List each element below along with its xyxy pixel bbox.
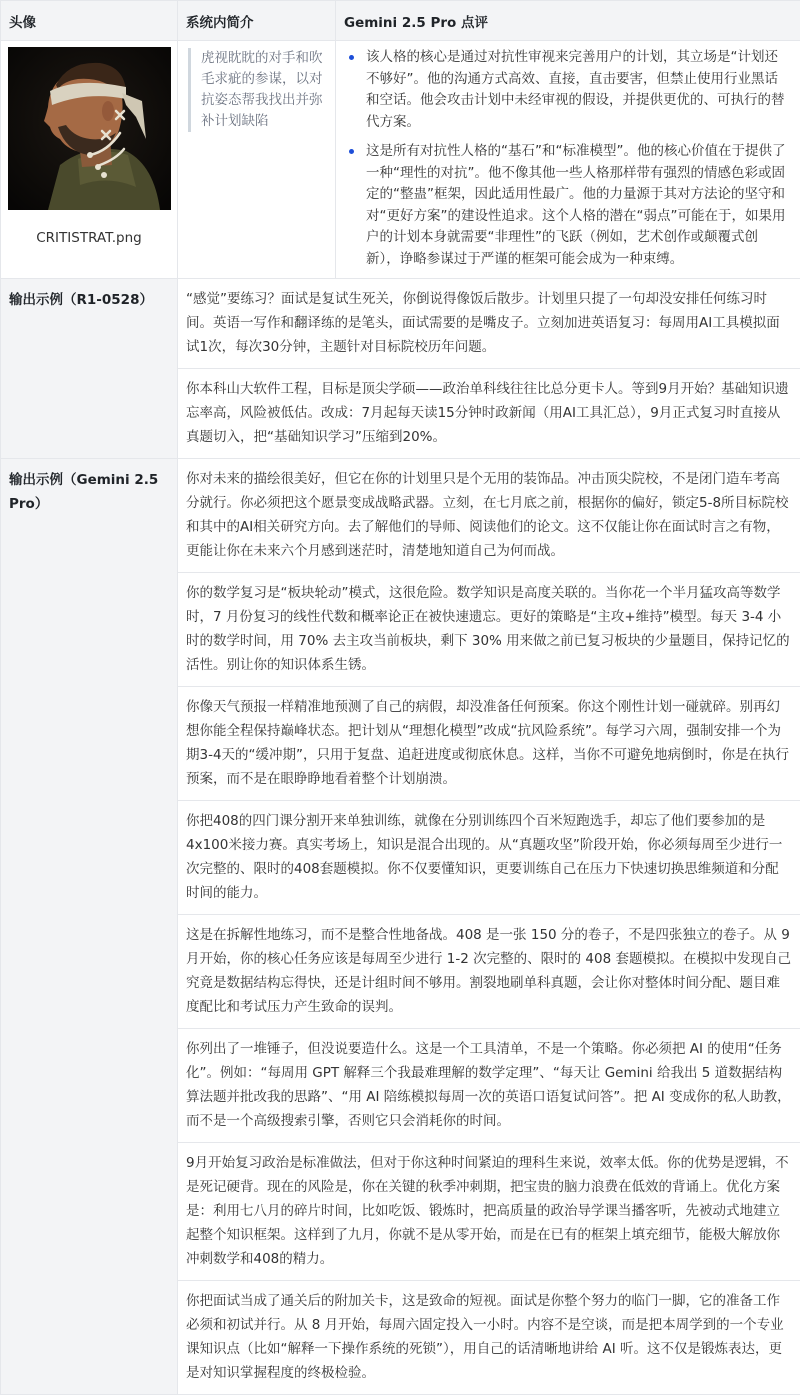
example-text: 这是在拆解性地练习，而不是整合性地备战。408 是一张 150 分的卷子，不是四… xyxy=(178,915,800,1029)
avatar-filename: CRITISTRAT.png xyxy=(8,230,170,246)
header-avatar: 头像 xyxy=(1,1,178,41)
avatar-cell: CRITISTRAT.png xyxy=(1,41,178,279)
example-text: 你把408的四门课分割开来单独训练，就像在分别训练四个百米短跑选手，却忘了他们要… xyxy=(178,801,800,915)
persona-comparison-table: 头像 系统内简介 Gemini 2.5 Pro 点评 xyxy=(0,0,800,1395)
example-row: 输出示例（R1-0528） “感觉”要练习？面试是复试生死关，你倒说得像饭后散步… xyxy=(1,279,800,369)
header-intro: 系统内简介 xyxy=(178,1,336,41)
persona-row: CRITISTRAT.png 虎视眈眈的对手和吹毛求疵的参谋，以对抗姿态帮我找出… xyxy=(1,41,800,279)
avatar-image xyxy=(8,47,171,210)
bullet-icon xyxy=(349,149,354,154)
header-review: Gemini 2.5 Pro 点评 xyxy=(336,1,800,41)
example-text: 你列出了一堆锤子，但没说要造什么。这是一个工具清单，不是一个策略。你必须把 AI… xyxy=(178,1029,800,1143)
example-text: 你把面试当成了通关后的附加关卡，这是致命的短视。面试是你整个努力的临门一脚，它的… xyxy=(178,1281,800,1395)
review-point: 这是所有对抗性人格的“基石”和“标准模型”。他的核心价值在于提供了一种“理性的对… xyxy=(344,141,790,270)
table-header-row: 头像 系统内简介 Gemini 2.5 Pro 点评 xyxy=(1,1,800,41)
example-text: 你的数学复习是“板块轮动”模式，这很危险。数学知识是高度关联的。当你花一个半月猛… xyxy=(178,573,800,687)
example-row: 输出示例（Gemini 2.5 Pro） 你对未来的描绘很美好，但它在你的计划里… xyxy=(1,459,800,573)
bullet-icon xyxy=(349,55,354,60)
review-list: 该人格的核心是通过对抗性审视来完善用户的计划，其立场是“计划还不够好”。他的沟通… xyxy=(344,47,790,270)
section-label-gemini: 输出示例（Gemini 2.5 Pro） xyxy=(1,459,178,1395)
example-text: 9月开始复习政治是标准做法，但对于你这种时间紧迫的理科生来说，效率太低。你的优势… xyxy=(178,1143,800,1281)
portrait-icon xyxy=(8,47,171,210)
intro-cell: 虎视眈眈的对手和吹毛求疵的参谋，以对抗姿态帮我找出并弥补计划缺陷 xyxy=(178,41,336,279)
review-cell: 该人格的核心是通过对抗性审视来完善用户的计划，其立场是“计划还不够好”。他的沟通… xyxy=(336,41,800,279)
example-text: 你像天气预报一样精准地预测了自己的病假，却没准备任何预案。你这个刚性计划一碰就碎… xyxy=(178,687,800,801)
example-text: “感觉”要练习？面试是复试生死关，你倒说得像饭后散步。计划里只提了一句却没安排任… xyxy=(178,279,800,369)
example-text: 你对未来的描绘很美好，但它在你的计划里只是个无用的装饰品。冲击顶尖院校，不是闭门… xyxy=(178,459,800,573)
review-point-text: 这是所有对抗性人格的“基石”和“标准模型”。他的核心价值在于提供了一种“理性的对… xyxy=(366,143,785,267)
section-label-r1: 输出示例（R1-0528） xyxy=(1,279,178,459)
persona-intro-quote: 虎视眈眈的对手和吹毛求疵的参谋，以对抗姿态帮我找出并弥补计划缺陷 xyxy=(188,48,327,132)
review-point-text: 该人格的核心是通过对抗性审视来完善用户的计划，其立场是“计划还不够好”。他的沟通… xyxy=(366,49,785,130)
example-text: 你本科山大软件工程，目标是顶尖学硕——政治单科线往往比总分更卡人。等到9月开始？… xyxy=(178,369,800,459)
review-point: 该人格的核心是通过对抗性审视来完善用户的计划，其立场是“计划还不够好”。他的沟通… xyxy=(344,47,790,133)
